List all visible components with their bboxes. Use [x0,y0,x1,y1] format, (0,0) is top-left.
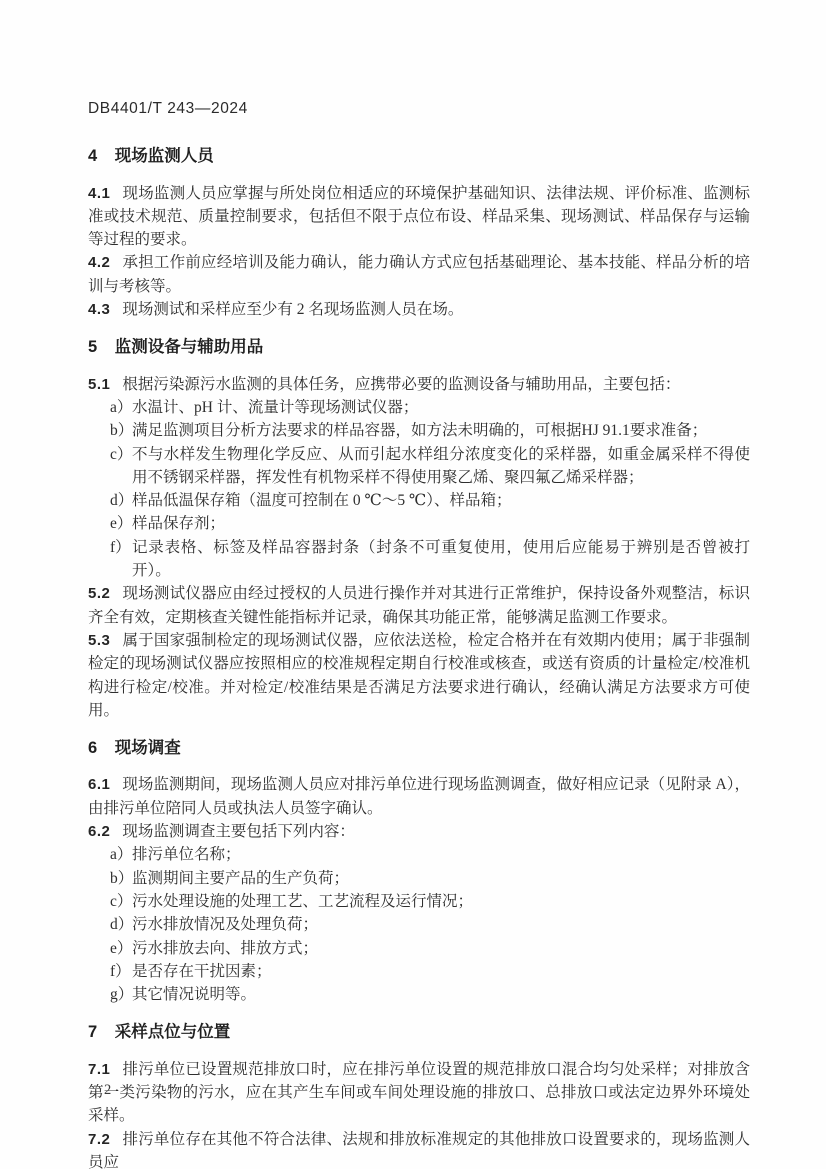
list-item-text: 其它情况说明等。 [132,986,256,1003]
list-item-text: 满足监测项目分析方法要求的样品容器，如方法未明确的，可根据HJ 91.1要求准备… [132,422,707,439]
list-item-6-2-f: f）是否存在干扰因素； [88,960,750,983]
list-item-text: 污水处理设施的处理工艺、工艺流程及运行情况； [132,893,473,910]
page-number: 2 [104,1082,111,1099]
list-item-label: b） [110,867,133,890]
clause-7-2-number: 7.2 [88,1131,110,1148]
section-4-title: 现场监测人员 [115,147,214,165]
clause-5-2: 5.2现场测试仪器应由经过授权的人员进行操作并对其进行正常维护，保持设备外观整洁… [88,582,750,629]
list-item-5-1-c: c）不与水样发生物理化学反应、从而引起水样组分浓度变化的采样器，如重金属采样不得… [88,443,750,490]
list-item-text: 水温计、pH 计、流量计等现场测试仪器； [132,399,418,416]
section-6-number: 6 [88,739,98,757]
list-item-label: c） [110,443,132,466]
list-item-label: f） [110,960,131,983]
list-item-text: 监测期间主要产品的生产负荷； [132,870,349,887]
clause-6-1-number: 6.1 [88,776,110,793]
clause-4-1-text: 现场监测人员应掌握与所处岗位相适应的环境保护基础知识、法律法规、评价标准、监测标… [88,185,750,249]
clause-5-1-text: 根据污染源污水监测的具体任务，应携带必要的监测设备与辅助用品，主要包括： [122,376,680,393]
list-item-label: e） [110,512,132,535]
list-item-text: 记录表格、标签及样品容器封条（封条不可重复使用，使用后应能易于辨别是否曾被打开）… [132,539,750,579]
clause-5-3-number: 5.3 [88,632,110,649]
list-item-6-2-c: c）污水处理设施的处理工艺、工艺流程及运行情况； [88,890,750,913]
clause-4-2-text: 承担工作前应经培训及能力确认，能力确认方式应包括基础理论、基本技能、样品分析的培… [88,254,750,294]
clause-4-3-text: 现场测试和采样应至少有 2 名现场监测人员在场。 [122,301,463,318]
clause-6-2: 6.2现场监测调查主要包括下列内容： [88,820,750,843]
clause-7-1-text: 排污单位已设置规范排放口时，应在排污单位设置的规范排放口混合均匀处采样；对排放含… [88,1061,750,1125]
document-page: DB4401/T 243—2024 4现场监测人员 4.1现场监测人员应掌握与所… [0,0,826,1169]
list-item-5-1-a: a）水温计、pH 计、流量计等现场测试仪器； [88,396,750,419]
clause-4-3: 4.3现场测试和采样应至少有 2 名现场监测人员在场。 [88,298,750,321]
list-item-5-1-d: d）样品低温保存箱（温度可控制在 0 ℃～5 ℃）、样品箱； [88,489,750,512]
clause-5-1: 5.1根据污染源污水监测的具体任务，应携带必要的监测设备与辅助用品，主要包括： [88,373,750,396]
clause-6-1-text: 现场监测期间，现场监测人员应对排污单位进行现场监测调查，做好相应记录（见附录 A… [88,776,750,816]
list-item-text: 样品低温保存箱（温度可控制在 0 ℃～5 ℃）、样品箱； [132,492,512,509]
list-item-label: b） [110,419,133,442]
list-item-6-2-b: b）监测期间主要产品的生产负荷； [88,867,750,890]
list-item-5-1-b: b）满足监测项目分析方法要求的样品容器，如方法未明确的，可根据HJ 91.1要求… [88,419,750,442]
section-4-heading: 4现场监测人员 [88,145,750,168]
clause-5-3: 5.3属于国家强制检定的现场测试仪器，应依法送检，检定合格并在有效期内使用；属于… [88,629,750,722]
list-item-text: 样品保存剂； [132,515,225,532]
list-item-label: g） [110,983,133,1006]
list-item-label: d） [110,489,133,512]
list-item-6-2-e: e）污水排放去向、排放方式； [88,937,750,960]
section-7-heading: 7采样点位与位置 [88,1021,750,1044]
list-item-6-2-g: g）其它情况说明等。 [88,983,750,1006]
section-7-title: 采样点位与位置 [115,1023,231,1041]
list-item-text: 是否存在干扰因素； [132,963,272,980]
clause-6-2-text: 现场监测调查主要包括下列内容： [122,823,355,840]
clause-6-1: 6.1现场监测期间，现场监测人员应对排污单位进行现场监测调查，做好相应记录（见附… [88,773,750,820]
list-item-text: 排污单位名称； [132,846,241,863]
list-item-5-1-f: f）记录表格、标签及样品容器封条（封条不可重复使用，使用后应能易于辨别是否曾被打… [88,536,750,583]
list-item-5-1-e: e）样品保存剂； [88,512,750,535]
clause-5-2-number: 5.2 [88,585,110,602]
clause-4-2: 4.2承担工作前应经培训及能力确认，能力确认方式应包括基础理论、基本技能、样品分… [88,251,750,298]
clause-4-1-number: 4.1 [88,185,110,202]
clause-4-3-number: 4.3 [88,301,110,318]
list-item-label: d） [110,913,133,936]
clause-5-3-text: 属于国家强制检定的现场测试仪器，应依法送检，检定合格并在有效期内使用；属于非强制… [88,632,750,719]
clause-7-2-text: 排污单位存在其他不符合法律、法规和排放标准规定的其他排放口设置要求的，现场监测人… [88,1131,750,1169]
clause-5-2-text: 现场测试仪器应由经过授权的人员进行操作并对其进行正常维护，保持设备外观整洁，标识… [88,585,750,625]
clause-4-2-number: 4.2 [88,254,110,271]
section-5-title: 监测设备与辅助用品 [115,338,264,356]
section-5-number: 5 [88,338,98,356]
list-item-label: f） [110,536,131,559]
section-6-heading: 6现场调查 [88,737,750,760]
clause-6-2-list: a）排污单位名称； b）监测期间主要产品的生产负荷； c）污水处理设施的处理工艺… [88,843,750,1006]
list-item-text: 污水排放去向、排放方式； [132,940,318,957]
clause-5-1-list: a）水温计、pH 计、流量计等现场测试仪器； b）满足监测项目分析方法要求的样品… [88,396,750,582]
clause-4-1: 4.1现场监测人员应掌握与所处岗位相适应的环境保护基础知识、法律法规、评价标准、… [88,182,750,252]
list-item-label: e） [110,937,132,960]
clause-7-1: 7.1排污单位已设置规范排放口时，应在排污单位设置的规范排放口混合均匀处采样；对… [88,1058,750,1128]
document-content: DB4401/T 243—2024 4现场监测人员 4.1现场监测人员应掌握与所… [88,97,750,1169]
clause-6-2-number: 6.2 [88,823,110,840]
list-item-label: a） [110,843,132,866]
section-5-heading: 5监测设备与辅助用品 [88,336,750,359]
list-item-label: a） [110,396,132,419]
section-4-number: 4 [88,147,98,165]
list-item-6-2-a: a）排污单位名称； [88,843,750,866]
clause-7-2: 7.2排污单位存在其他不符合法律、法规和排放标准规定的其他排放口设置要求的，现场… [88,1128,750,1169]
clause-5-1-number: 5.1 [88,376,110,393]
list-item-text: 不与水样发生物理化学反应、从而引起水样组分浓度变化的采样器，如重金属采样不得使用… [132,446,750,486]
standard-code-header: DB4401/T 243—2024 [88,97,750,120]
section-7-number: 7 [88,1023,98,1041]
list-item-6-2-d: d）污水排放情况及处理负荷； [88,913,750,936]
list-item-text: 污水排放情况及处理负荷； [132,916,318,933]
list-item-label: c） [110,890,132,913]
section-6-title: 现场调查 [115,739,181,757]
clause-7-1-number: 7.1 [88,1061,110,1078]
